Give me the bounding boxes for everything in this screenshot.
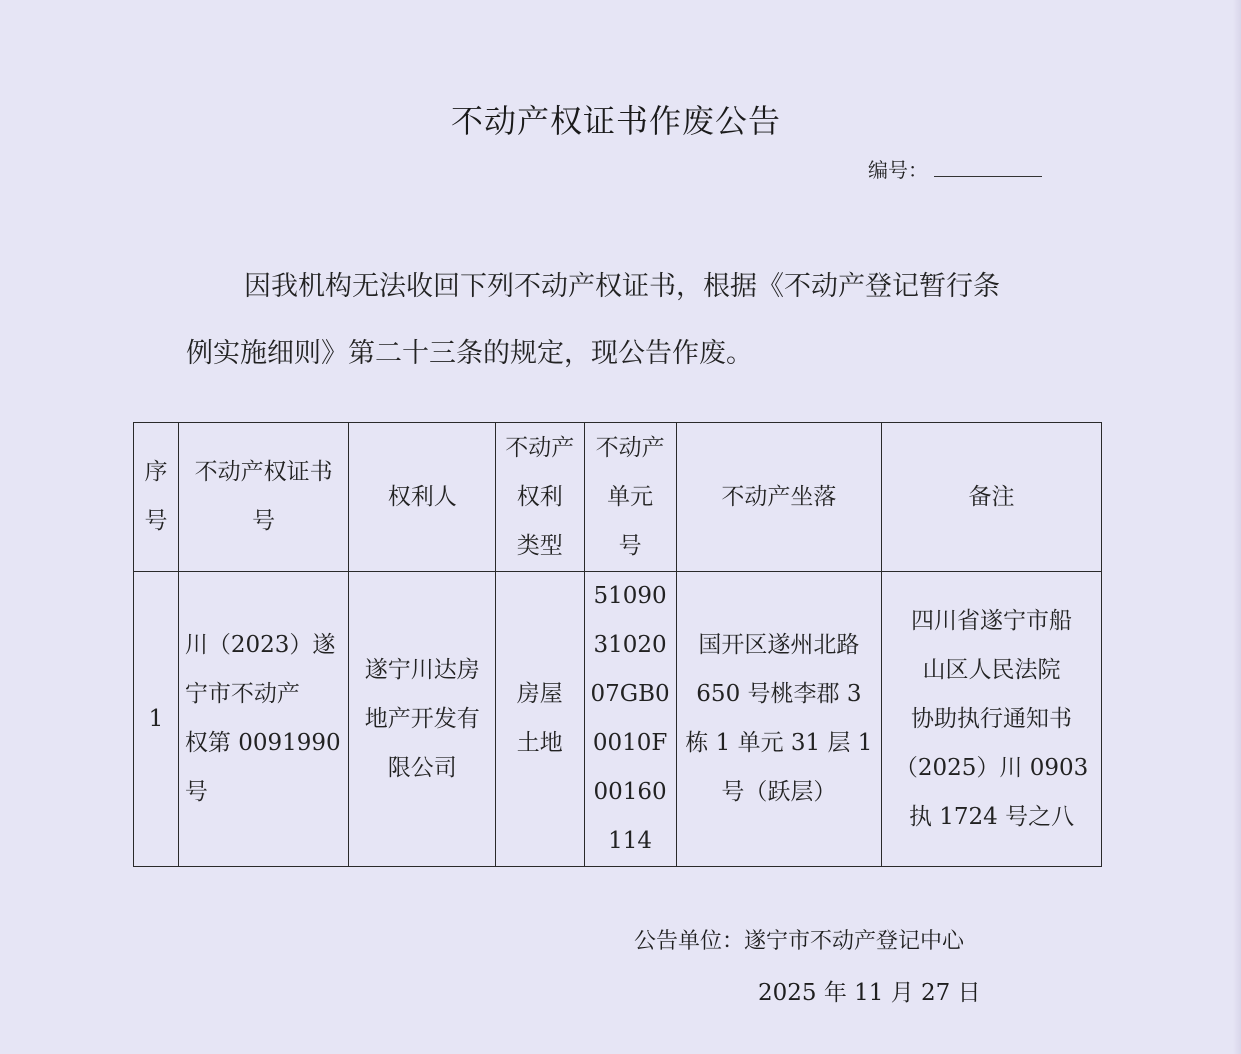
table-header-row: 序 号 不动产权证书 号 权利人 不动产 权利 类型 不动产 单元 号 不动产坐… [134, 423, 1102, 572]
number-blank-line [934, 176, 1042, 177]
cell-index: 1 [134, 572, 179, 867]
cell-location: 国开区遂州北路 650 号桃李郡 3 栋 1 单元 31 层 1 号（跃层） [676, 572, 881, 867]
header-remarks: 备注 [882, 423, 1102, 572]
issuing-unit: 公告单位：遂宁市不动产登记中心 [634, 924, 964, 955]
cell-owner: 遂宁川达房 地产开发有 限公司 [349, 572, 496, 867]
announcement-paragraph-line-2: 例实施细则》第二十三条的规定，现公告作废。 [186, 331, 1066, 370]
cell-unit-no: 51090 31020 07GB0 0010F 00160 114 [584, 572, 676, 867]
issue-date: 2025 年 11 月 27 日 [758, 974, 981, 1007]
header-owner: 权利人 [349, 423, 496, 572]
cell-right-type: 房屋 土地 [496, 572, 584, 867]
header-unit-no: 不动产 单元 号 [584, 423, 676, 572]
number-label: 编号： [868, 154, 928, 183]
document-title: 不动产权证书作废公告 [0, 96, 1241, 142]
certificate-table: 序 号 不动产权证书 号 权利人 不动产 权利 类型 不动产 单元 号 不动产坐… [133, 422, 1102, 867]
cell-remarks: 四川省遂宁市船 山区人民法院 协助执行通知书 （2025）川 0903 执 17… [882, 572, 1102, 867]
header-index: 序 号 [134, 423, 179, 572]
header-certificate-no: 不动产权证书 号 [178, 423, 348, 572]
announcement-paragraph-line-1: 因我机构无法收回下列不动产权证书，根据《不动产登记暂行条 [244, 264, 1124, 303]
table-row: 1 川（2023）遂 宁市不动产 权第 0091990 号 遂宁川达房 地产开发… [134, 572, 1102, 867]
cell-certificate-no: 川（2023）遂 宁市不动产 权第 0091990 号 [178, 572, 348, 867]
page-edge-shadow [1233, 0, 1241, 1054]
header-right-type: 不动产 权利 类型 [496, 423, 584, 572]
header-location: 不动产坐落 [676, 423, 881, 572]
